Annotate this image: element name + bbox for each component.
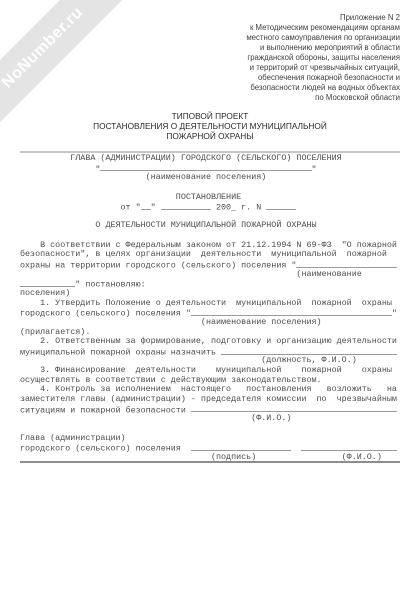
appendix-header-line: местного самоуправления по организации [110,33,400,43]
appendix-header-line: обеспечения пожарной безопасности и [110,73,400,83]
appendix-header-line: и территорий от чрезвычайных ситуаций, [110,63,400,73]
document-line: (наименование поселения) [20,173,406,183]
document-line: " постановляю: [20,279,406,289]
doc-title-line: ПОЖАРНОЙ ОХРАНЫ [20,131,400,141]
blank-underline [191,308,392,316]
appendix-header-line: по Московской области [110,93,400,103]
document-line: ПОСТАНОВЛЕНИЕ [20,193,406,203]
blank-underline [141,202,151,210]
blank-underline [301,443,396,451]
blank-underline [191,405,397,413]
watermark-text: NoNumber.ru [0,4,87,92]
document-line: Глава (администрации) [20,434,406,444]
document-line: (Ф.И.О.) [20,414,406,424]
blank-underline [221,347,397,355]
document-line: (наименование [20,270,406,280]
document-line: 2. Ответственным за формирование, подгот… [20,337,406,347]
blank-underline [100,164,311,172]
doc-title-line: ТИПОВОЙ ПРОЕКТ [20,111,400,121]
appendix-header-line: безопасности людей на водных объектах [110,83,400,93]
blank-underline [191,443,292,451]
bottom-divider [20,461,400,463]
document-line: безопасности", в целях организации деяте… [20,250,406,260]
document-body: ГЛАВА (АДМИНИСТРАЦИИ) ГОРОДСКОГО (СЕЛЬСК… [20,154,406,463]
blank-underline [20,279,75,287]
document-line: ГЛАВА (АДМИНИСТРАЦИИ) ГОРОДСКОГО (СЕЛЬСК… [20,154,406,164]
appendix-header-line: и выполнению мероприятий в области [110,43,400,53]
doc-title: ТИПОВОЙ ПРОЕКТПОСТАНОВЛЕНИЯ О ДЕЯТЕЛЬНОС… [20,111,400,141]
appendix-header-line: к Методическим рекомендациям органам [110,23,400,33]
appendix-header-line: Приложение N 2 [110,13,400,23]
document-line: О ДЕЯТЕЛЬНОСТИ МУНИЦИПАЛЬНОЙ ПОЖАРНОЙ ОХ… [20,221,406,231]
blank-underline [296,260,397,268]
document-line: от "" 200_ г. N [20,202,406,212]
appendix-header-line: гражданской обороны, защиты населения [110,53,400,63]
blank-underline [266,202,296,210]
doc-title-line: ПОСТАНОВЛЕНИЯ О ДЕЯТЕЛЬНОСТИ МУНИЦИПАЛЬН… [20,121,400,131]
blank-underline [161,202,211,210]
document-line: 1. Утвердить Положение о деятельности му… [20,299,406,309]
document-page: NoNumber.ru Приложение N 2к Методическим… [0,0,420,600]
appendix-header: Приложение N 2к Методическим рекомендаци… [110,13,400,103]
document-line: заместителя главы (администрации) - пред… [20,395,406,405]
